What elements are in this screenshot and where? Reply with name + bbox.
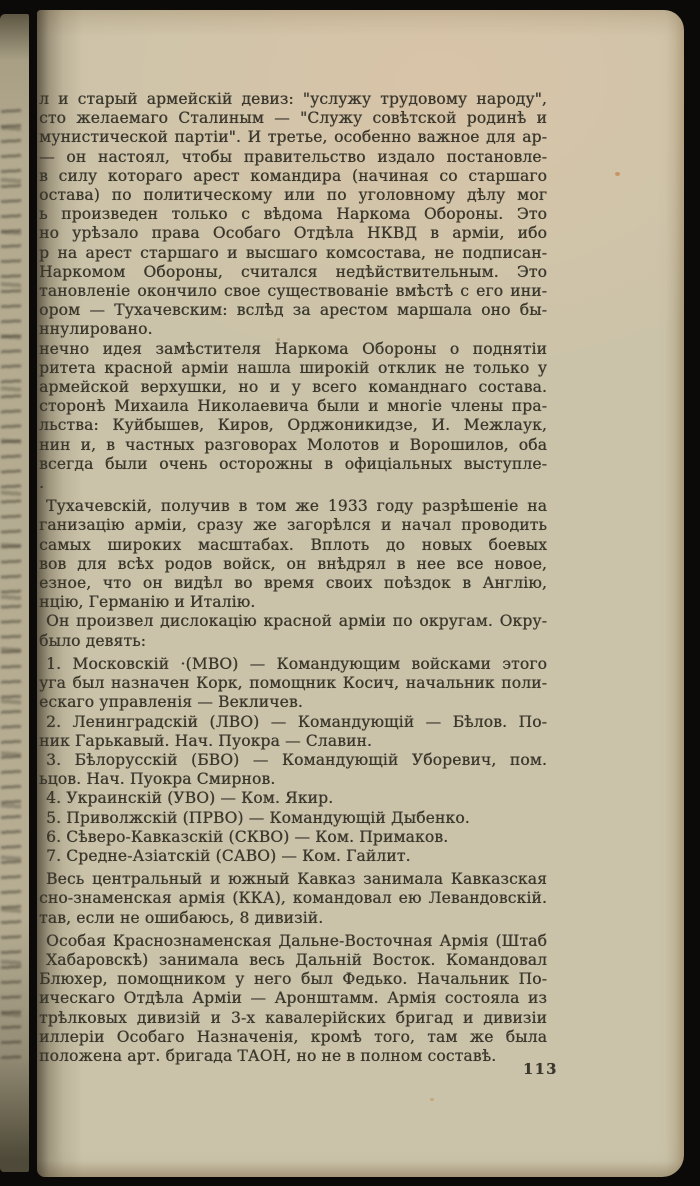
text-line: ритета красной арміи нашла широкій откли…	[39, 359, 547, 378]
page-text-block: л и старый армейскій девиз: "услужу труд…	[39, 90, 547, 1066]
text-line: самых широких масштабах. Вплоть до новых…	[39, 536, 547, 555]
text-line: .	[39, 474, 547, 493]
text-line: было девять:	[39, 632, 547, 651]
text-line: сторонѣ Михаила Николаевича были и многі…	[39, 397, 547, 416]
text-line: нечно идея замѣстителя Наркома Обороны о…	[39, 340, 547, 359]
text-line: Блюхер, помощником у него был Федько. На…	[39, 970, 547, 989]
text-line: но урѣзало права Особаго Отдѣла НКВД в а…	[39, 224, 547, 243]
text-line: в силу котораго арест командира (начиная…	[39, 167, 547, 186]
text-line: Весь центральный и южный Кавказ занимала…	[39, 870, 547, 889]
text-line: ннулировано.	[39, 320, 547, 339]
text-line: иллеріи Особаго Назначенія, кромѣ того, …	[39, 1028, 547, 1047]
text-line: ьцов. Нач. Пуокра Смирнов.	[39, 770, 547, 789]
text-line: 5. Приволжскій (ПРВО) — Командующій Дыбе…	[39, 809, 547, 828]
page-number: 113	[523, 1061, 583, 1078]
paper-speck	[430, 1098, 434, 1101]
text-line: армейской верхушки, но и у всего командн…	[39, 378, 547, 397]
book-photo: л и старый армейскій девиз: "услужу труд…	[0, 0, 700, 1186]
text-line: — он настоял, чтобы правительство издало…	[39, 148, 547, 167]
text-line: вов для всѣх родов войск, он внѣдрял в н…	[39, 555, 547, 574]
text-line: сто желаемаго Сталиным — "Служу совѣтско…	[39, 109, 547, 128]
text-line: р на арест старшаго и высшаго комсостава…	[39, 244, 547, 263]
text-line: Он произвел дислокацію красной арміи по …	[39, 612, 547, 631]
text-line: нин и, в частных разговорах Молотов и Во…	[39, 436, 547, 455]
text-line: трѣлковых дивизій и 3-х кавалерійских бр…	[39, 1009, 547, 1028]
text-line: сно-знаменская армія (ККА), командовал е…	[39, 889, 547, 908]
book-page: л и старый армейскій девиз: "услужу труд…	[37, 10, 684, 1177]
facing-page-edge	[0, 14, 29, 1172]
text-line: уга был назначен Корк, помощник Косич, н…	[39, 674, 547, 693]
text-line: мунистической партіи". И третье, особенн…	[39, 128, 547, 147]
text-line: Особая Краснознаменская Дальне-Восточная…	[39, 932, 547, 951]
text-line: тановленіе окончило свое существованіе в…	[39, 282, 547, 301]
text-line: 7. Средне-Азіатскій (САВО) — Ком. Гайлит…	[39, 847, 547, 866]
text-line: ь произведен только с вѣдома Наркома Обо…	[39, 205, 547, 224]
text-line: ганизацію арміи, сразу же загорѣлся и на…	[39, 516, 547, 535]
text-line: 6. Сѣверо-Кавказскій (СКВО) — Ком. Прима…	[39, 828, 547, 847]
text-line: нцію, Германію и Италію.	[39, 593, 547, 612]
text-line: Хабаровскѣ) занимала весь Дальній Восток…	[39, 951, 547, 970]
text-line: льства: Куйбышев, Киров, Орджоникидзе, И…	[39, 416, 547, 435]
paper-speck	[615, 172, 620, 176]
text-line: ическаго Отдѣла Арміи — Аронштамм. Армія…	[39, 989, 547, 1008]
text-line: л и старый армейскій девиз: "услужу труд…	[39, 90, 547, 109]
text-line: 1. Московскій ·(МВО) — Командующим войск…	[39, 655, 547, 674]
paper-speck	[277, 338, 280, 341]
text-line: 3. Бѣлорусскій (БВО) — Командующій Уборе…	[39, 751, 547, 770]
text-line: ник Гарькавый. Нач. Пуокра — Славин.	[39, 732, 547, 751]
text-line: ором — Тухачевским: вслѣд за арестом мар…	[39, 301, 547, 320]
text-line: ескаго управленія — Векличев.	[39, 693, 547, 712]
text-line: 2. Ленинградскій (ЛВО) — Командующій — Б…	[39, 713, 547, 732]
text-line: остава) по политическому или по уголовно…	[39, 186, 547, 205]
text-line: положена арт. бригада ТАОН, но не в полн…	[39, 1047, 547, 1066]
facing-page-text-blur	[1, 104, 21, 1064]
text-line: тав, если не ошибаюсь, 8 дивизій.	[39, 909, 547, 928]
text-line: Тухачевскій, получив в том же 1933 году …	[39, 497, 547, 516]
text-line: 4. Украинскій (УВО) — Ком. Якир.	[39, 789, 547, 808]
text-line: всегда были очень осторожны в офиціальны…	[39, 455, 547, 474]
text-line: Наркомом Обороны, считался недѣйствитель…	[39, 263, 547, 282]
text-line: езное, что он видѣл во время своих поѣзд…	[39, 574, 547, 593]
